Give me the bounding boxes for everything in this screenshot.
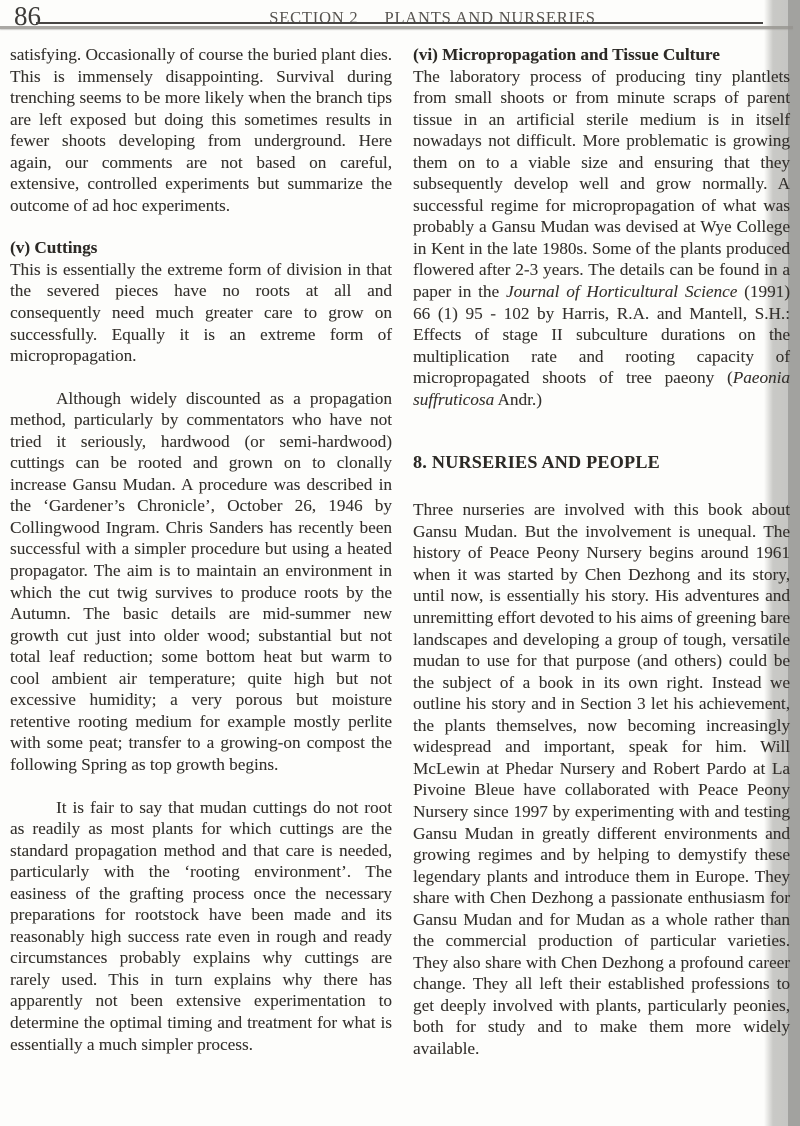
micropropagation-text-3: Andr.) [494, 390, 542, 409]
paragraph-micropropagation: The laboratory process of producing tiny… [413, 66, 790, 411]
book-page-scan: 86 SECTION 2PLANTS AND NURSERIES satisfy… [0, 0, 800, 1126]
header-rule-thick [0, 26, 793, 29]
right-column: (vi) Micropropagation and Tissue Culture… [413, 44, 790, 1060]
journal-title-italic: Journal of Horticultural Science [506, 282, 737, 301]
heading-cuttings: (v) Cuttings [10, 237, 392, 259]
left-column: satisfying. Occasionally of course the b… [10, 44, 392, 1060]
micropropagation-text-1: The laboratory process of producing tiny… [413, 67, 790, 301]
paragraph-trenching-outcome: satisfying. Occasionally of course the b… [10, 44, 392, 216]
paragraph-cuttings-method: Although widely discounted as a propagat… [10, 388, 392, 776]
running-header-title: PLANTS AND NURSERIES [384, 8, 595, 27]
paragraph-cuttings-rooting: It is fair to say that mudan cuttings do… [10, 797, 392, 1056]
heading-nurseries-and-people: 8. NURSERIES AND PEOPLE [413, 451, 790, 473]
text-columns: satisfying. Occasionally of course the b… [10, 44, 790, 1060]
running-header-section: SECTION 2 [269, 8, 358, 27]
header-rule-thin [36, 22, 763, 24]
heading-micropropagation: (vi) Micropropagation and Tissue Culture [413, 44, 790, 66]
running-header: SECTION 2PLANTS AND NURSERIES [65, 8, 800, 28]
paragraph-three-nurseries: Three nurseries are involved with this b… [413, 499, 790, 1059]
paragraph-cuttings-definition: This is essentially the extreme form of … [10, 259, 392, 367]
